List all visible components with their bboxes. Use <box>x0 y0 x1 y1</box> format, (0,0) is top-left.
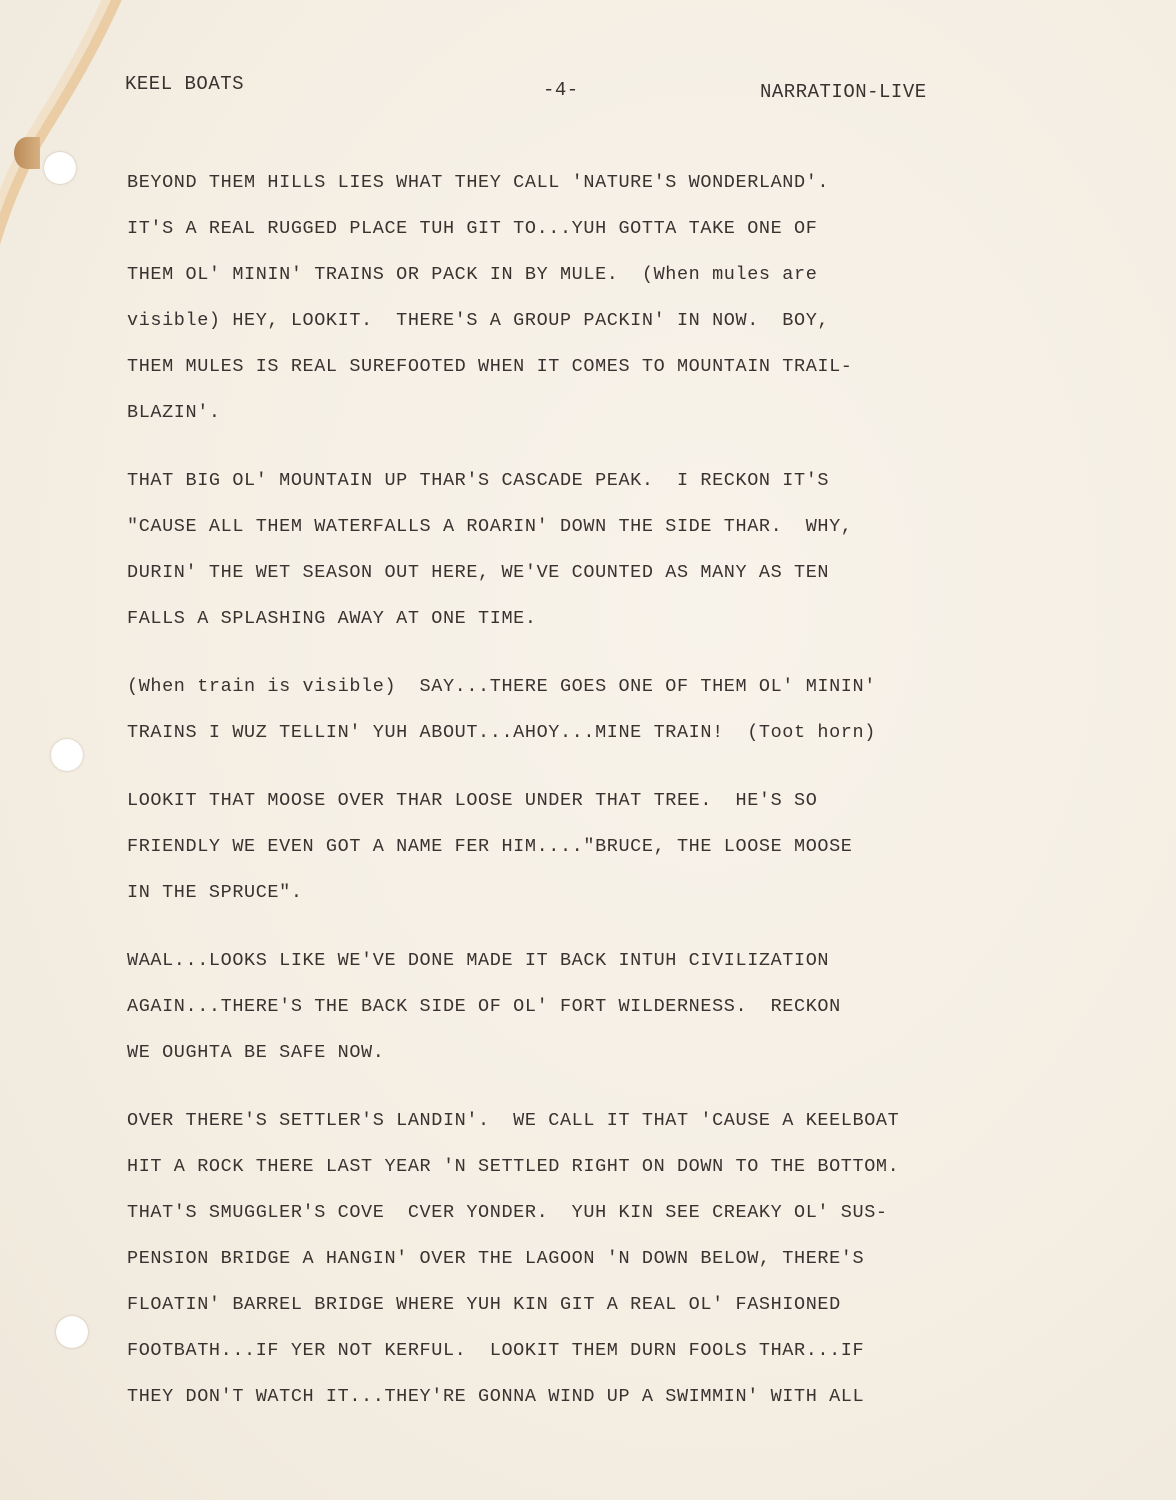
paragraph-mine-train: (When train is visible) SAY...THERE GOES… <box>127 672 1047 764</box>
punch-hole-middle <box>51 739 83 771</box>
narration-body: BEYOND THEM HILLS LIES WHAT THEY CALL 'N… <box>127 168 1047 1450</box>
text-line: TRAINS I WUZ TELLIN' YUH ABOUT...AHOY...… <box>127 718 1047 764</box>
text-line: OVER THERE'S SETTLER'S LANDIN'. WE CALL … <box>127 1106 1047 1152</box>
text-line: HIT A ROCK THERE LAST YEAR 'N SETTLED RI… <box>127 1152 1047 1198</box>
punch-hole-top <box>44 152 76 184</box>
punch-hole-bottom <box>56 1316 88 1348</box>
paragraph-fort-wilderness: WAAL...LOOKS LIKE WE'VE DONE MADE IT BAC… <box>127 946 1047 1084</box>
text-line: WAAL...LOOKS LIKE WE'VE DONE MADE IT BAC… <box>127 946 1047 992</box>
text-line: WE OUGHTA BE SAFE NOW. <box>127 1038 1047 1084</box>
paragraph-settlers-landing: OVER THERE'S SETTLER'S LANDIN'. WE CALL … <box>127 1106 1047 1428</box>
text-line: DURIN' THE WET SEASON OUT HERE, WE'VE CO… <box>127 558 1047 604</box>
text-line: AGAIN...THERE'S THE BACK SIDE OF OL' FOR… <box>127 992 1047 1038</box>
text-line: visible) HEY, LOOKIT. THERE'S A GROUP PA… <box>127 306 1047 352</box>
text-line: FLOATIN' BARREL BRIDGE WHERE YUH KIN GIT… <box>127 1290 1047 1336</box>
text-line: FRIENDLY WE EVEN GOT A NAME FER HIM...."… <box>127 832 1047 878</box>
page-number: -4- <box>543 79 579 101</box>
text-line: THAT BIG OL' MOUNTAIN UP THAR'S CASCADE … <box>127 466 1047 512</box>
text-line: (When train is visible) SAY...THERE GOES… <box>127 672 1047 718</box>
text-line: FOOTBATH...IF YER NOT KERFUL. LOOKIT THE… <box>127 1336 1047 1382</box>
paragraph-natures-wonderland: BEYOND THEM HILLS LIES WHAT THEY CALL 'N… <box>127 168 1047 444</box>
text-line: PENSION BRIDGE A HANGIN' OVER THE LAGOON… <box>127 1244 1047 1290</box>
script-title: KEEL BOATS <box>125 73 244 95</box>
text-line: IN THE SPRUCE". <box>127 878 1047 924</box>
text-line: LOOKIT THAT MOOSE OVER THAR LOOSE UNDER … <box>127 786 1047 832</box>
text-line: BLAZIN'. <box>127 398 1047 444</box>
text-line: THAT'S SMUGGLER'S COVE CVER YONDER. YUH … <box>127 1198 1047 1244</box>
section-label: NARRATION-LIVE <box>760 81 927 103</box>
text-line: FALLS A SPLASHING AWAY AT ONE TIME. <box>127 604 1047 650</box>
text-line: "CAUSE ALL THEM WATERFALLS A ROARIN' DOW… <box>127 512 1047 558</box>
text-line: THEM MULES IS REAL SUREFOOTED WHEN IT CO… <box>127 352 1047 398</box>
text-line: BEYOND THEM HILLS LIES WHAT THEY CALL 'N… <box>127 168 1047 214</box>
binder-tab-tear <box>14 137 40 169</box>
paragraph-moose: LOOKIT THAT MOOSE OVER THAR LOOSE UNDER … <box>127 786 1047 924</box>
text-line: THEM OL' MININ' TRAINS OR PACK IN BY MUL… <box>127 260 1047 306</box>
text-line: THEY DON'T WATCH IT...THEY'RE GONNA WIND… <box>127 1382 1047 1428</box>
text-line: IT'S A REAL RUGGED PLACE TUH GIT TO...YU… <box>127 214 1047 260</box>
paragraph-cascade-peak: THAT BIG OL' MOUNTAIN UP THAR'S CASCADE … <box>127 466 1047 650</box>
typewritten-page: KEEL BOATS -4- NARRATION-LIVE BEYOND THE… <box>0 0 1176 1500</box>
